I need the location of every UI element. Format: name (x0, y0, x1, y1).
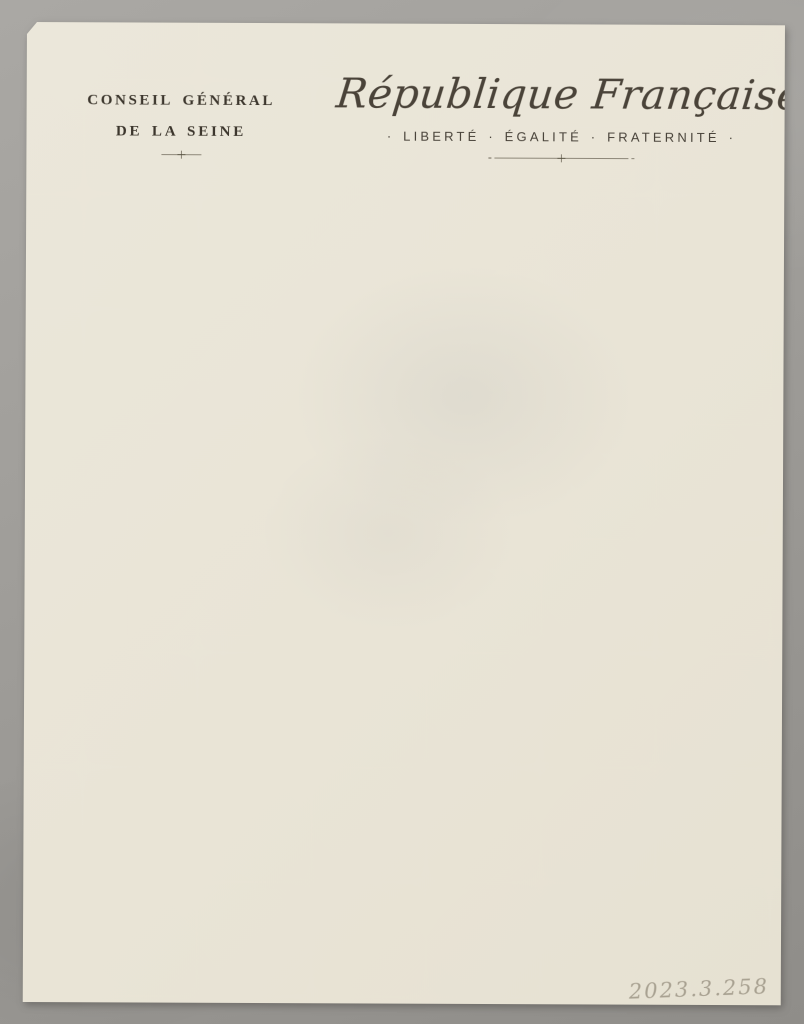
liberte-egalite-fraternite-motto: · LIBERTÉ · ÉGALITÉ · FRATERNITÉ · (336, 128, 786, 145)
republique-francaise-title: République Française (334, 69, 789, 119)
long-rule-cross-icon (336, 152, 786, 164)
org-letterhead-block: CONSEIL GÉNÉRAL DE LA SEINE (78, 92, 283, 160)
letterhead-sheet-wrap: CONSEIL GÉNÉRAL DE LA SEINE République F… (23, 22, 785, 1005)
org-name-line1: CONSEIL GÉNÉRAL (79, 92, 284, 110)
republique-letterhead-block: République Française · LIBERTÉ · ÉGALITÉ… (336, 69, 786, 164)
accession-number-pencil: 2023.3.258 (628, 974, 769, 1003)
letterhead-sheet: CONSEIL GÉNÉRAL DE LA SEINE République F… (23, 22, 785, 1005)
small-rule-cross-icon (78, 149, 283, 160)
org-name-line2: DE LA SEINE (78, 123, 283, 141)
scanner-background: CONSEIL GÉNÉRAL DE LA SEINE République F… (0, 0, 804, 1024)
